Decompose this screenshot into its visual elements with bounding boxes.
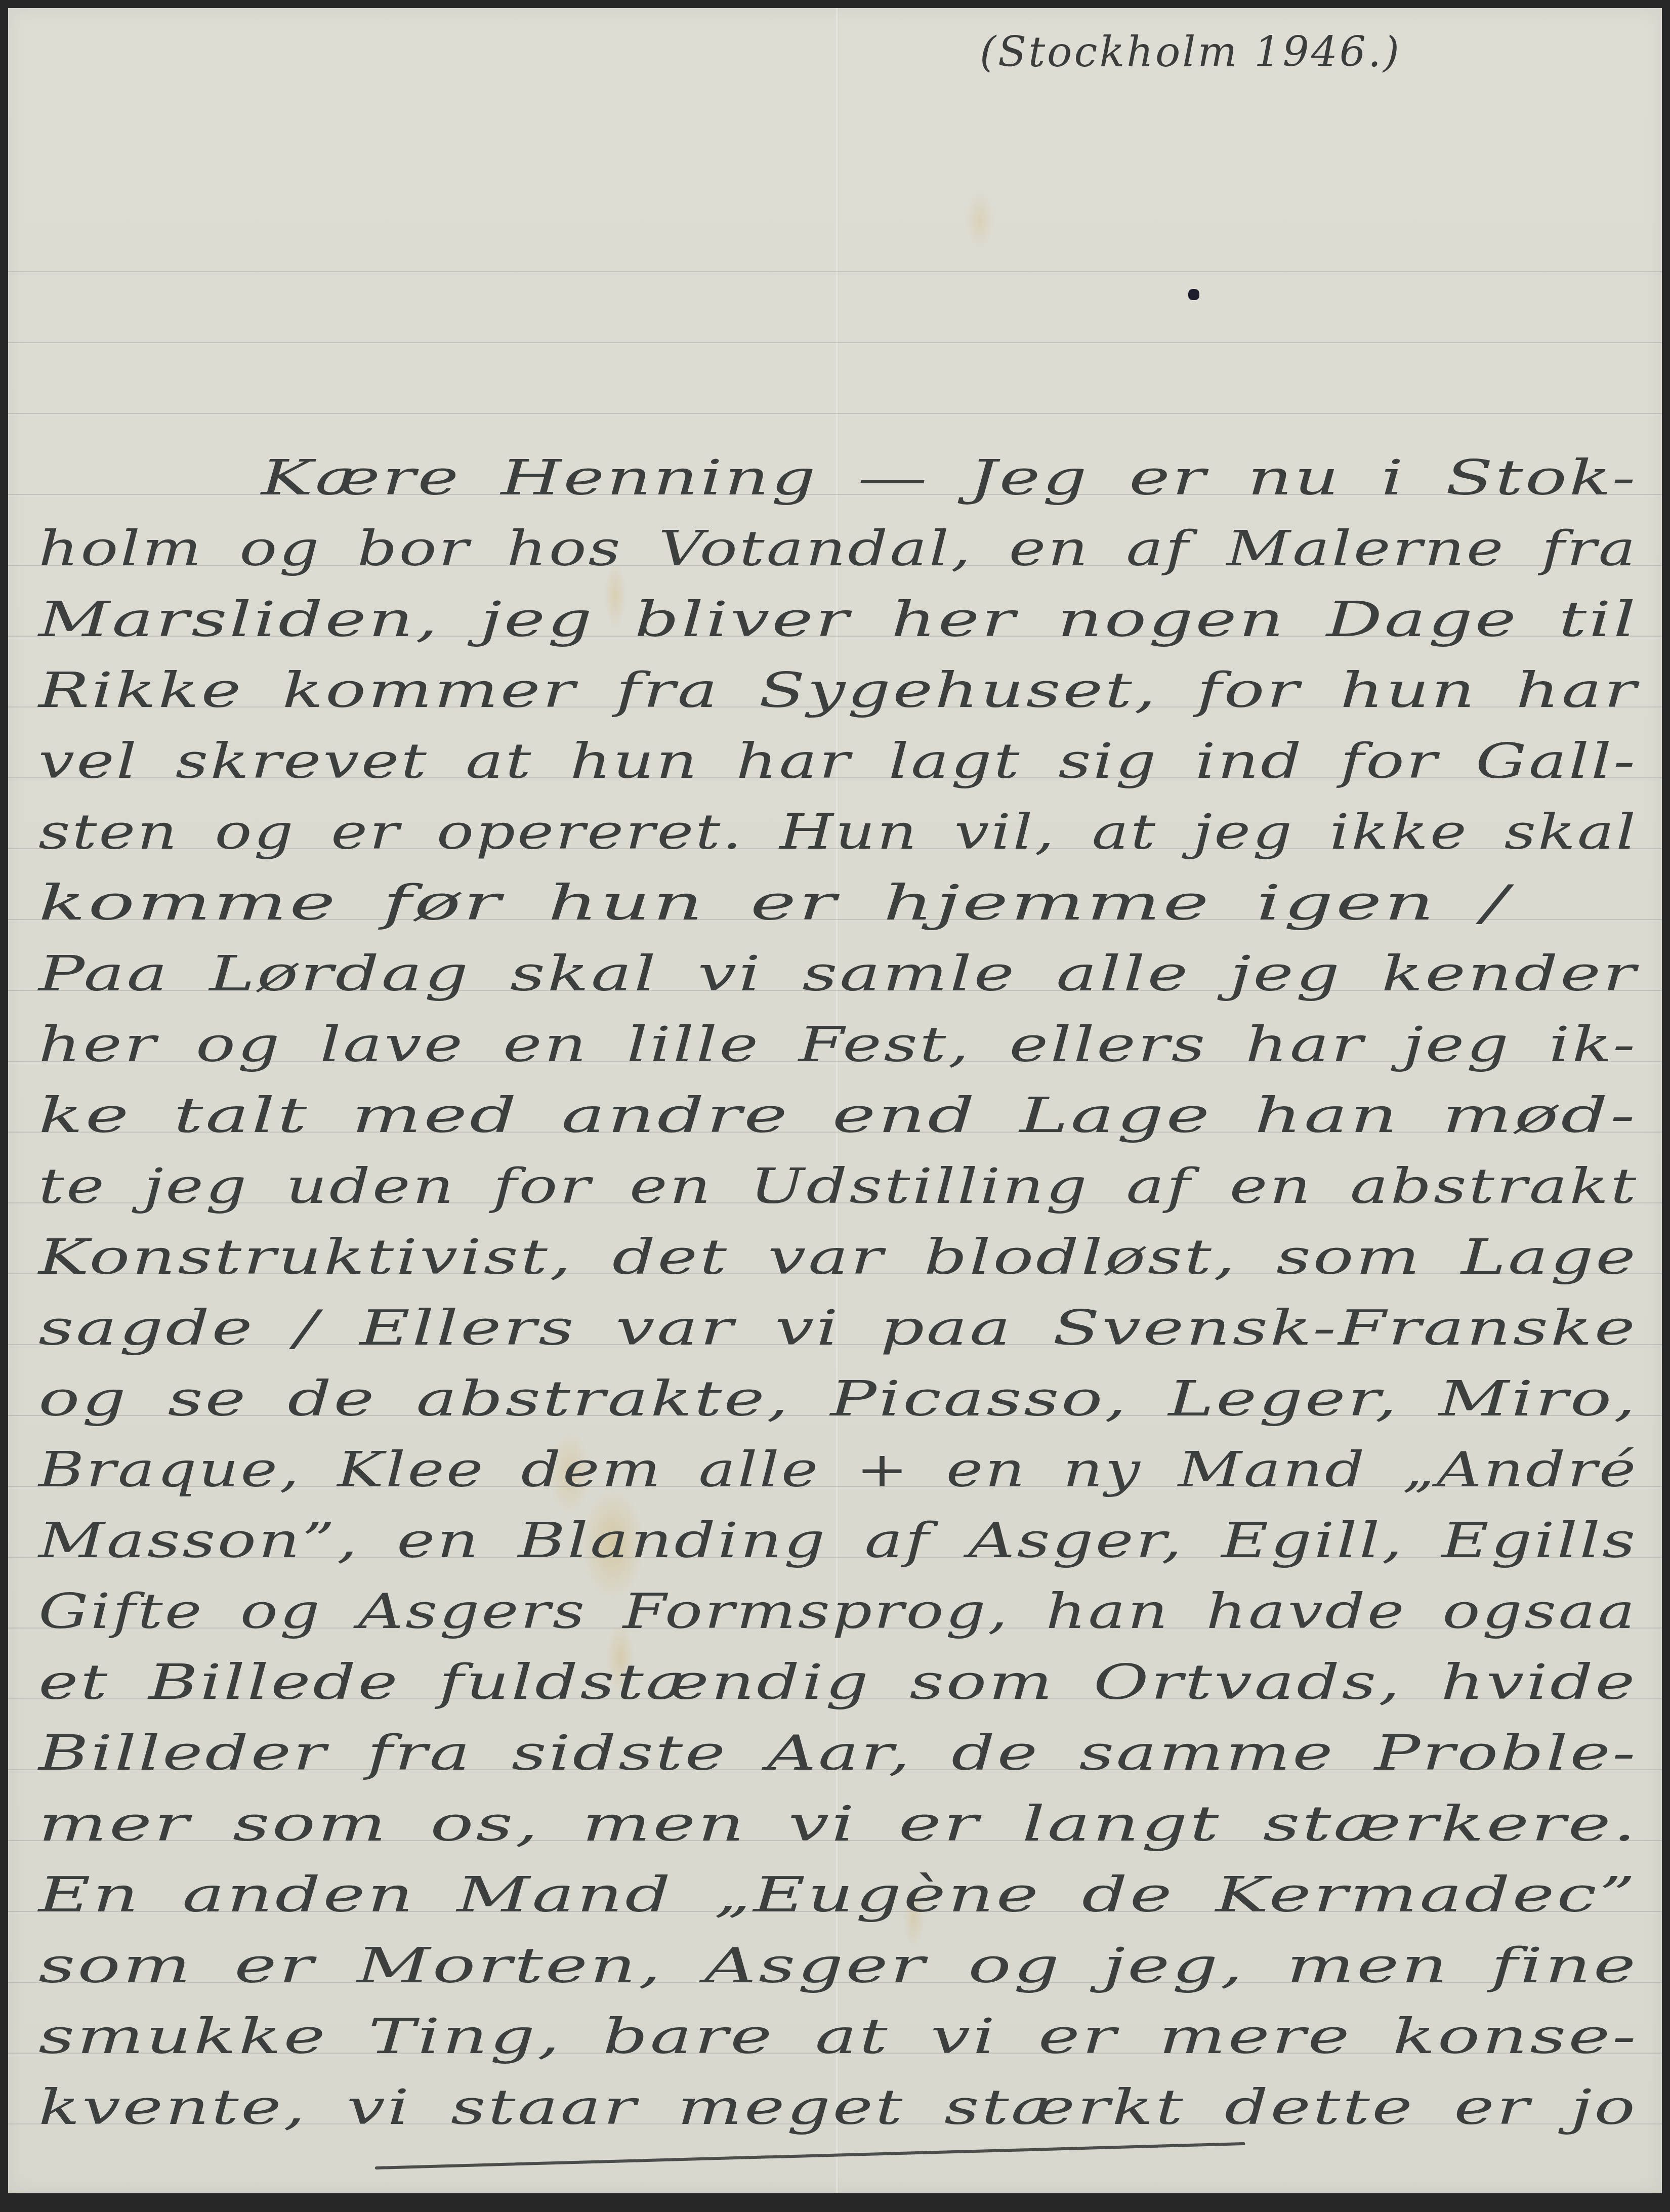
letter-line: holm og bor hos Votandal, en af Malerne … — [38, 524, 1638, 573]
letter-line: vel skrevet at hun har lagt sig ind for … — [38, 737, 1637, 785]
ruled-line — [8, 342, 1662, 343]
letter-line: Rikke kommer fra Sygehuset, for hun har — [38, 666, 1638, 715]
letter-line: Konstruktivist, det var blodløst, som La… — [38, 1233, 1638, 1281]
place-date-note: (Stockholm 1946.) — [980, 28, 1401, 76]
letter-line: Braque, Klee dem alle + en ny Mand „Andr… — [38, 1445, 1638, 1494]
letter-line: smukke Ting, bare at vi er mere konse- — [38, 2012, 1638, 2061]
letter-line: et Billede fuldstændig som Ortvads, hvid… — [38, 1658, 1637, 1706]
emphasis-underline — [375, 2142, 1245, 2169]
letter-line: Gifte og Asgers Formsprog, han havde ogs… — [38, 1587, 1637, 1636]
letter-paper: (Stockholm 1946.) Kære Henning — Jeg er … — [8, 8, 1662, 2193]
ink-blot — [1188, 289, 1199, 300]
letter-line: Billeder fra sidste Aar, de samme Proble… — [38, 1729, 1638, 1777]
ruled-line — [8, 271, 1662, 272]
letter-line: En anden Mand „Eugène de Kermadec” — [38, 1870, 1638, 1919]
letter-line: te jeg uden for en Udstilling af en abst… — [38, 1162, 1638, 1211]
letter-line: her og lave en lille Fest, ellers har je… — [38, 1020, 1637, 1069]
letter-line: ke talt med andre end Lage han mød- — [38, 1091, 1637, 1140]
letter-line: sten og er opereret. Hun vil, at jeg ikk… — [38, 808, 1638, 856]
letter-line: sagde / Ellers var vi paa Svensk-Franske — [38, 1304, 1637, 1352]
letter-line: mer som os, men vi er langt stærkere. — [38, 1800, 1638, 1848]
letter-line: som er Morten, Asger og jeg, men fine — [38, 1941, 1638, 1990]
letter-line: kvente, vi staar meget stærkt dette er j… — [38, 2083, 1637, 2132]
letter-line: og se de abstrakte, Picasso, Leger, Miro… — [38, 1374, 1638, 1423]
letter-line: Marsliden, jeg bliver her nogen Dage til — [38, 595, 1638, 644]
letter-line: komme før hun er hjemme igen / — [38, 879, 1510, 927]
ruled-line — [8, 413, 1662, 414]
letter-line: Masson”, en Blanding af Asger, Egill, Eg… — [38, 1516, 1637, 1565]
letter-line: Paa Lørdag skal vi samle alle jeg kender — [38, 949, 1638, 998]
letter-line: Kære Henning — Jeg er nu i Stok- — [261, 453, 1638, 502]
